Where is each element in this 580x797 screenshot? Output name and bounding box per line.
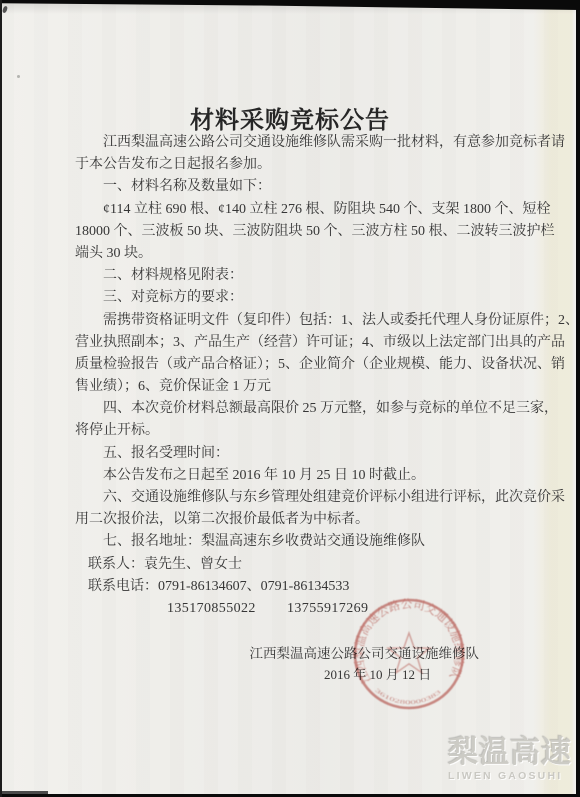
scanner-edge-right [576,0,580,797]
document-line: 营业执照副本；3、产品生产（经营）许可证；4、市级以上法定部门出具的产品 [75,332,545,354]
star-icon [388,633,430,673]
scanned-document-page: { "doc": { "title": "材料采购竞标公告", "lines":… [0,0,580,797]
watermark-latin: LIWEN GAOSUHI [448,770,572,782]
document-line: 江西梨温高速公路公司交通设施维修队需采购一批材料，有意参加竞标者请 [75,132,545,154]
document-title: 材料采购竞标公告 [0,100,580,135]
document-body: 江西梨温高速公路公司交通设施维修队需采购一批材料，有意参加竞标者请于本公告发布之… [75,132,545,620]
document-line: 七、报名地址：梨温高速东乡收费站交通设施维修队 [75,531,545,553]
document-line: 售业绩）；6、竞价保证金 1 万元 [75,376,545,398]
scan-speck [17,75,20,78]
document-line: 二、材料规格见附表： [75,265,545,287]
document-line: 端头 30 块。 [75,243,545,265]
document-line: 四、本次竞价材料总额最高限价 25 万元整，如参与竞标的单位不足三家， [75,398,545,420]
document-line: 联系人：袁先生、曾女士 [75,554,545,576]
document-line: 五、报名受理时间： [75,443,545,465]
watermark-chinese: 梨温高速 [448,737,572,769]
document-line: 18000 个、三波板 50 块、三波防阻块 50 个、三波方柱 50 根、二波… [75,221,545,243]
document-line: 用二次报价法，以第二次报价最低者为中标者。 [75,509,545,531]
seal-arc-text: 江西梨温高速公路公司交通设施维修队 [351,597,467,686]
document-line: 三、对竞标方的要求： [75,287,545,309]
document-line: 联系电话：0791-86134607、0791-86134533 [75,576,545,598]
document-line: 135170855022 13755917269 [75,598,545,620]
document-line: 一、材料名称及数量如下： [75,176,545,198]
watermark: 梨温高速 LIWEN GAOSUHI [448,737,572,782]
document-line: 需携带资格证明文件（复印件）包括：1、法人或委托代理人身份证原件；2、 [75,310,545,332]
document-line: 本公告发布之日起至 2016 年 10 月 25 日 10 时截止。 [75,465,545,487]
document-line: ¢114 立柱 690 根、¢140 立柱 276 根、防阻块 540 个、支架… [75,199,545,221]
document-line: 质量检验报告（或产品合格证）；5、企业简介（企业规模、能力、设备状况、销 [75,354,545,376]
document-line: 六、交通设施维修队与东乡管理处组建竞价评标小组进行评标，此次竞价采 [75,487,545,509]
scanner-edge-left [0,0,2,797]
official-seal-stamp: 江西梨温高速公路公司交通设施维修队 3610280000383 [347,592,471,716]
document-line: 于本公告发布之日起报名参加。 [75,154,545,176]
document-line: 将停止开标。 [75,420,545,442]
